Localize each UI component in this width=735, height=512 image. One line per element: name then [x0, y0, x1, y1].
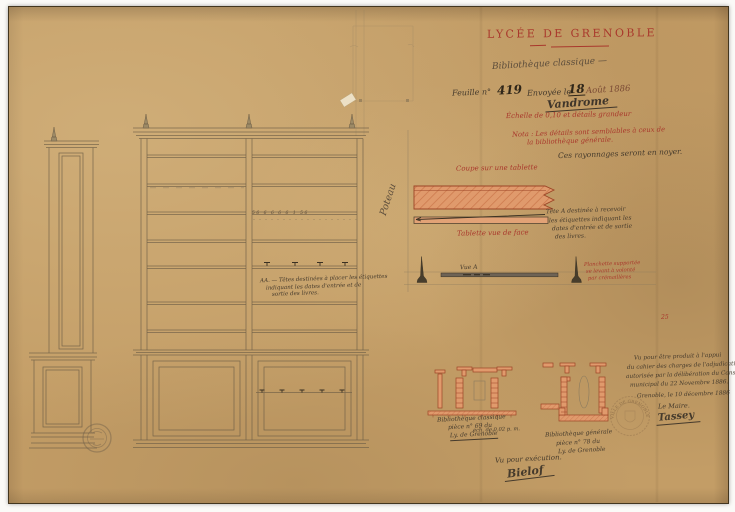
technical-drawing: VILLE DE GRENOBLE	[0, 0, 735, 512]
stamp-text: VILLE DE GRENOBLE	[609, 398, 650, 420]
finial	[51, 127, 57, 141]
grenoble-stamp: VILLE DE GRENOBLE	[609, 397, 650, 436]
approval-signer-title: Le Maire.	[658, 402, 690, 410]
sheet-number-value: 419	[497, 83, 523, 96]
paper-chip	[340, 93, 356, 107]
pencil-sketch-overlay	[350, 10, 414, 136]
plan-generale-drawing	[541, 363, 608, 421]
shelf-section-drawing	[414, 186, 554, 224]
plan-classique-drawing	[428, 367, 516, 418]
scanned-drawing: VILLE DE GRENOBLE LYCÉE DE GRENOBLE Bibl…	[0, 0, 735, 512]
doc-title: LYCÉE DE GRENOBLE	[487, 27, 657, 39]
sent-date-day: 18	[568, 83, 585, 97]
finial	[143, 114, 355, 128]
page-mark: 25	[661, 315, 669, 321]
dimension-row: 56 6 6 6 6 1 56	[252, 212, 309, 217]
vue-a-label: Vue A	[460, 265, 478, 272]
section-detail-label: Coupe sur une tablette	[456, 164, 538, 172]
section-note-line-4: des livres.	[555, 233, 586, 240]
svg-text:VILLE DE GRENOBLE: VILLE DE GRENOBLE	[609, 398, 650, 420]
archive-stamp	[83, 424, 111, 452]
front-view-label: Tablette vue de face	[457, 229, 529, 237]
side-cabinet-drawing	[29, 127, 99, 448]
sheet-number-label: Feuille n°	[452, 88, 491, 97]
